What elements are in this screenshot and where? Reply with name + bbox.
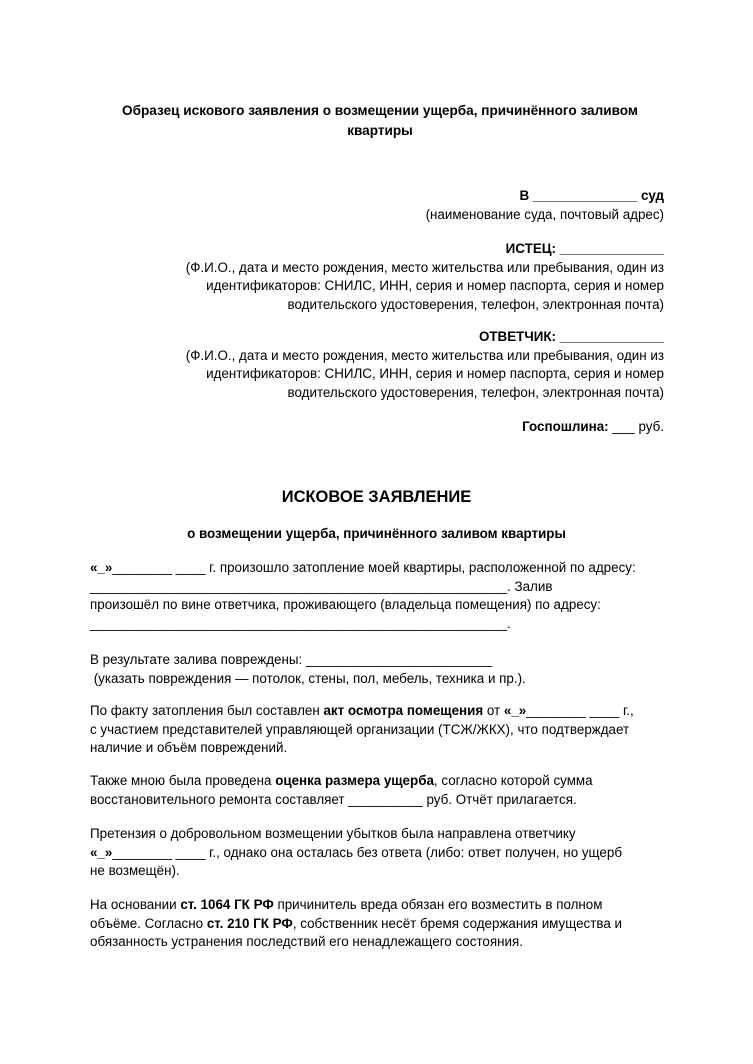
paragraph-inspection-act: По факту затопления был составлен акт ос… <box>90 702 670 758</box>
document-title: Образец искового заявления о возмещении … <box>90 101 670 141</box>
plaintiff-blank: ______________ <box>560 241 664 256</box>
fee-line: Госпошлина: ___ руб. <box>522 418 664 437</box>
plaintiff-block: ИСТЕЦ: ______________ (Ф.И.О., дата и ме… <box>186 240 664 314</box>
paragraph-text: Претензия о добровольном возмещении убыт… <box>90 825 670 844</box>
paragraph-text: объёме. Согласно <box>90 916 207 931</box>
paragraph-text: (указать повреждения — потолок, стены, п… <box>90 670 670 689</box>
paragraph-text: восстановительного ремонта составляет __… <box>90 791 670 810</box>
court-blank: ______________ <box>533 188 637 203</box>
defendant-hint-line-1: (Ф.И.О., дата и место рождения, место жи… <box>186 347 664 366</box>
paragraph-claim-letter: Претензия о добровольном возмещении убыт… <box>90 825 670 881</box>
court-line: В ______________ суд <box>426 187 664 206</box>
date-placeholder: «_» <box>90 560 112 575</box>
plaintiff-hint-line-1: (Ф.И.О., дата и место рождения, место жи… <box>186 259 664 278</box>
paragraph-text: произошёл по вине ответчика, проживающег… <box>90 596 670 615</box>
defendant-label: ОТВЕТЧИК: <box>479 329 556 344</box>
paragraph-text: причинитель вреда обязан его возместить … <box>274 897 603 912</box>
court-prefix: В <box>520 188 530 203</box>
paragraph-text: не возмещён). <box>90 862 670 881</box>
paragraph-text: , согласно которой сумма <box>434 773 593 788</box>
law-reference-210: ст. 210 ГК РФ <box>207 916 293 931</box>
inspection-act-term: акт осмотра помещения <box>323 703 483 718</box>
damage-assessment-term: оценка размера ущерба <box>275 773 434 788</box>
paragraph-text: ________ ____ г., однако она осталась бе… <box>112 845 622 860</box>
paragraph-damages: В результате залива повреждены: ________… <box>90 651 670 688</box>
paragraph-text: В результате залива повреждены: ________… <box>90 651 670 670</box>
plaintiff-label: ИСТЕЦ: <box>506 241 556 256</box>
date-placeholder: «_» <box>90 845 112 860</box>
plaintiff-line: ИСТЕЦ: ______________ <box>186 240 664 259</box>
paragraph-text: , собственник несёт бремя содержания иму… <box>293 916 622 931</box>
paragraph-text: По факту затопления был составлен <box>90 703 323 718</box>
claim-title: ИСКОВОЕ ЗАЯВЛЕНИЕ <box>0 488 753 507</box>
paragraph-text: обязанность устранения последствий его н… <box>90 933 670 952</box>
paragraph-legal-basis: На основании ст. 1064 ГК РФ причинитель … <box>90 896 670 952</box>
paragraph-text: На основании <box>90 897 180 912</box>
court-hint: (наименование суда, почтовый адрес) <box>426 206 664 225</box>
fee-block: Госпошлина: ___ руб. <box>522 418 664 437</box>
document-page: Образец искового заявления о возмещении … <box>0 0 753 1064</box>
defendant-line: ОТВЕТЧИК: ______________ <box>186 328 664 347</box>
paragraph-text: от <box>483 703 504 718</box>
defendant-block: ОТВЕТЧИК: ______________ (Ф.И.О., дата и… <box>186 328 664 402</box>
fee-value: ___ руб. <box>612 419 664 434</box>
paragraph-text: наличие и объём повреждений. <box>90 739 670 758</box>
plaintiff-hint-line-2: идентификаторов: СНИЛС, ИНН, серия и ном… <box>186 277 664 296</box>
defendant-hint-line-2: идентификаторов: СНИЛС, ИНН, серия и ном… <box>186 365 664 384</box>
paragraph-text: Также мною была проведена <box>90 773 275 788</box>
defendant-blank: ______________ <box>560 329 664 344</box>
paragraph-text: ________ ____ г. произошло затопление мо… <box>112 560 635 575</box>
court-suffix: суд <box>641 188 664 203</box>
plaintiff-hint-line-3: водительского удостоверения, телефон, эл… <box>186 296 664 315</box>
paragraph-flood-event: «_»________ ____ г. произошло затопление… <box>90 559 670 633</box>
document-title-line-2: квартиры <box>90 121 670 141</box>
paragraph-text: ________________________________________… <box>90 615 670 634</box>
court-block: В ______________ суд (наименование суда,… <box>426 187 664 224</box>
law-reference-1064: ст. 1064 ГК РФ <box>180 897 273 912</box>
fee-label: Госпошлина: <box>522 419 609 434</box>
document-title-line-1: Образец искового заявления о возмещении … <box>90 101 670 121</box>
claim-subtitle: о возмещении ущерба, причинённого заливо… <box>0 526 753 541</box>
paragraph-damage-assessment: Также мною была проведена оценка размера… <box>90 772 670 809</box>
date-placeholder: «_» <box>504 703 526 718</box>
paragraph-text: ________ ____ г., <box>526 703 634 718</box>
paragraph-text: с участием представителей управляющей ор… <box>90 721 670 740</box>
paragraph-text: ________________________________________… <box>90 578 670 597</box>
defendant-hint-line-3: водительского удостоверения, телефон, эл… <box>186 384 664 403</box>
